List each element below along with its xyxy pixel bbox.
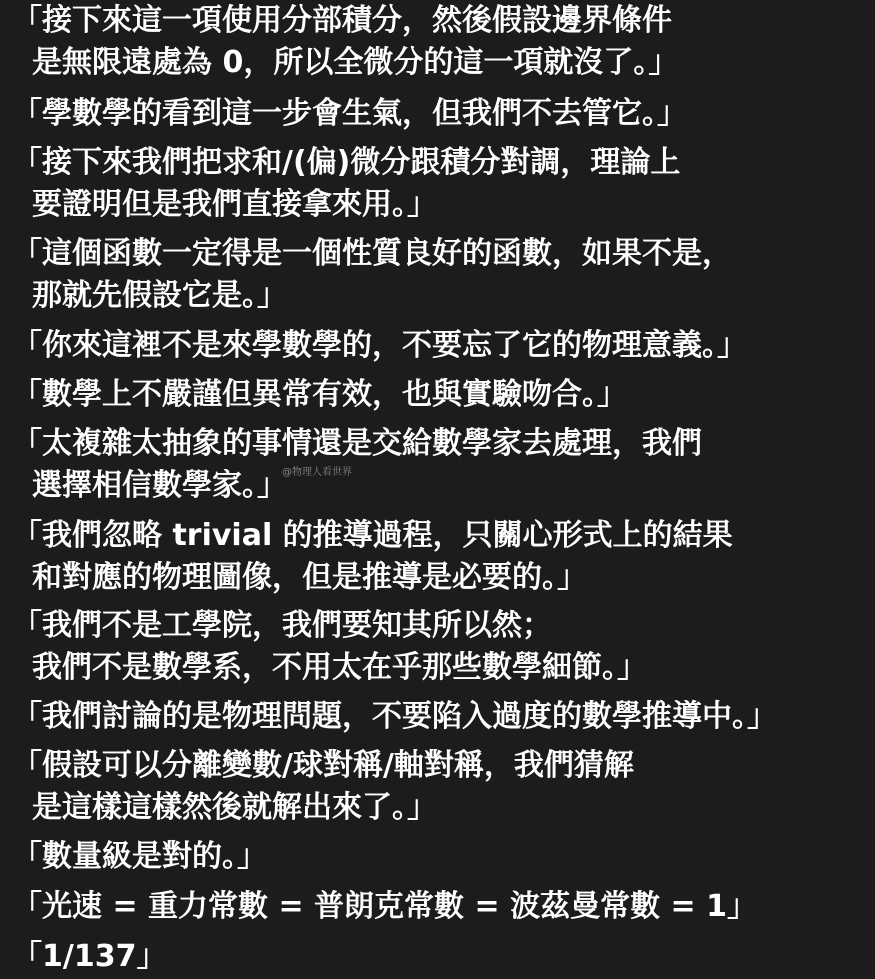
quote-line: 「接下來我們把求和/(偏)微分跟積分對調，理論上: [12, 142, 680, 184]
quote-item: 「太複雜太抽象的事情還是交給數學家去處理，我們 選擇相信數學家。」: [12, 423, 702, 507]
quote-item: 「光速 = 重力常數 = 普朗克常數 = 波茲曼常數 = 1」: [12, 886, 757, 928]
quote-line: 是這樣這樣然後就解出來了。」: [12, 787, 634, 829]
quote-item: 「學數學的看到這一步會生氣，但我們不去管它。」: [12, 93, 687, 135]
quote-item: 「接下來這一項使用分部積分，然後假設邊界條件 是無限遠處為 0，所以全微分的這一…: [12, 0, 678, 84]
quote-item: 「接下來我們把求和/(偏)微分跟積分對調，理論上 要證明但是我們直接拿來用。」: [12, 142, 680, 226]
quote-line: 「數學上不嚴謹但異常有效，也與實驗吻合。」: [12, 374, 627, 416]
quote-line: 「這個函數一定得是一個性質良好的函數，如果不是，: [12, 233, 732, 275]
quote-item: 「數量級是對的。」: [12, 836, 267, 878]
quote-item: 「你來這裡不是來學數學的，不要忘了它的物理意義。」: [12, 325, 747, 367]
quote-line: 「你來這裡不是來學數學的，不要忘了它的物理意義。」: [12, 325, 747, 367]
quote-line: 「接下來這一項使用分部積分，然後假設邊界條件: [12, 0, 678, 42]
quote-item: 「這個函數一定得是一個性質良好的函數，如果不是， 那就先假設它是。」: [12, 233, 732, 317]
quote-line: 「假設可以分離變數/球對稱/軸對稱，我們猜解: [12, 745, 634, 787]
quote-line: 「我們討論的是物理問題，不要陷入過度的數學推導中。」: [12, 696, 777, 738]
quote-item: 「我們忽略 trivial 的推導過程，只關心形式上的結果 和對應的物理圖像，但…: [12, 515, 733, 599]
quote-item: 「1/137」: [12, 936, 166, 978]
quote-line: 和對應的物理圖像，但是推導是必要的。」: [12, 557, 733, 599]
quote-item: 「我們不是工學院，我們要知其所以然； 我們不是數學系，不用太在乎那些數學細節。」: [12, 605, 647, 689]
quote-line: 「我們忽略 trivial 的推導過程，只關心形式上的結果: [12, 515, 733, 557]
quote-item: 「數學上不嚴謹但異常有效，也與實驗吻合。」: [12, 374, 627, 416]
quote-line: 選擇相信數學家。」: [12, 465, 702, 507]
quote-line: 「學數學的看到這一步會生氣，但我們不去管它。」: [12, 93, 687, 135]
quote-line: 是無限遠處為 0，所以全微分的這一項就沒了。」: [12, 42, 678, 84]
quote-item: 「假設可以分離變數/球對稱/軸對稱，我們猜解 是這樣這樣然後就解出來了。」: [12, 745, 634, 829]
quote-item: 「我們討論的是物理問題，不要陷入過度的數學推導中。」: [12, 696, 777, 738]
quote-line: 「光速 = 重力常數 = 普朗克常數 = 波茲曼常數 = 1」: [12, 886, 757, 928]
watermark: @物理人看世界: [282, 463, 352, 478]
quote-line: 「太複雜太抽象的事情還是交給數學家去處理，我們: [12, 423, 702, 465]
quote-line: 那就先假設它是。」: [12, 275, 732, 317]
quote-line: 「1/137」: [12, 936, 166, 978]
quote-line: 我們不是數學系，不用太在乎那些數學細節。」: [12, 647, 647, 689]
quote-line: 「數量級是對的。」: [12, 836, 267, 878]
quote-line: 「我們不是工學院，我們要知其所以然；: [12, 605, 647, 647]
quote-line: 要證明但是我們直接拿來用。」: [12, 184, 680, 226]
